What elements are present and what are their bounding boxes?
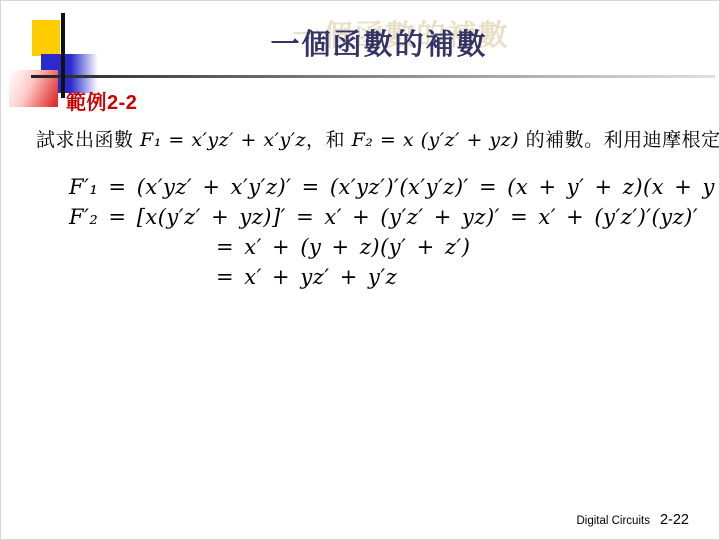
problem-text: 試求出函數 F₁ = x′yz′ + x′y′z，和 F₂ = x (y′z′ … — [36, 125, 720, 152]
equation-block: F′₁ = (x′yz′ + x′y′z)′ = (x′yz′)′(x′y′z)… — [1, 172, 720, 292]
problem-math-f1: F₁ = x′yz′ + x′y′z — [140, 129, 306, 151]
problem-text-cn-3: 的補數。利用迪摩根定理： — [519, 129, 720, 151]
equation-line-3: = x′ + (y + z)(y′ + z′) — [216, 232, 720, 262]
slide-footer: Digital Circuits 2-22 — [576, 512, 689, 528]
problem-text-cn-2: ，和 — [306, 129, 352, 151]
example-label: 範例2-2 — [66, 86, 137, 115]
title-separator-line — [31, 75, 715, 78]
equation-line-1: F′₁ = (x′yz′ + x′y′z)′ = (x′yz′)′(x′y′z)… — [69, 172, 720, 202]
slide-root: 一個函數的補數 範例2-2 試求出函數 F₁ = x′yz′ + x′y′z，和… — [0, 0, 720, 540]
problem-math-f2: F₂ = x (y′z′ + yz) — [352, 129, 520, 151]
footer-course-name: Digital Circuits — [576, 515, 650, 527]
problem-text-cn-1: 試求出函數 — [36, 129, 140, 151]
equation-line-4: = x′ + yz′ + y′z — [216, 262, 720, 292]
page-title: 一個函數的補數 — [19, 22, 720, 63]
equation-line-2: F′₂ = [x(y′z′ + yz)]′ = x′ + (y′z′ + yz)… — [69, 202, 720, 232]
footer-page-number: 2-22 — [660, 512, 689, 528]
